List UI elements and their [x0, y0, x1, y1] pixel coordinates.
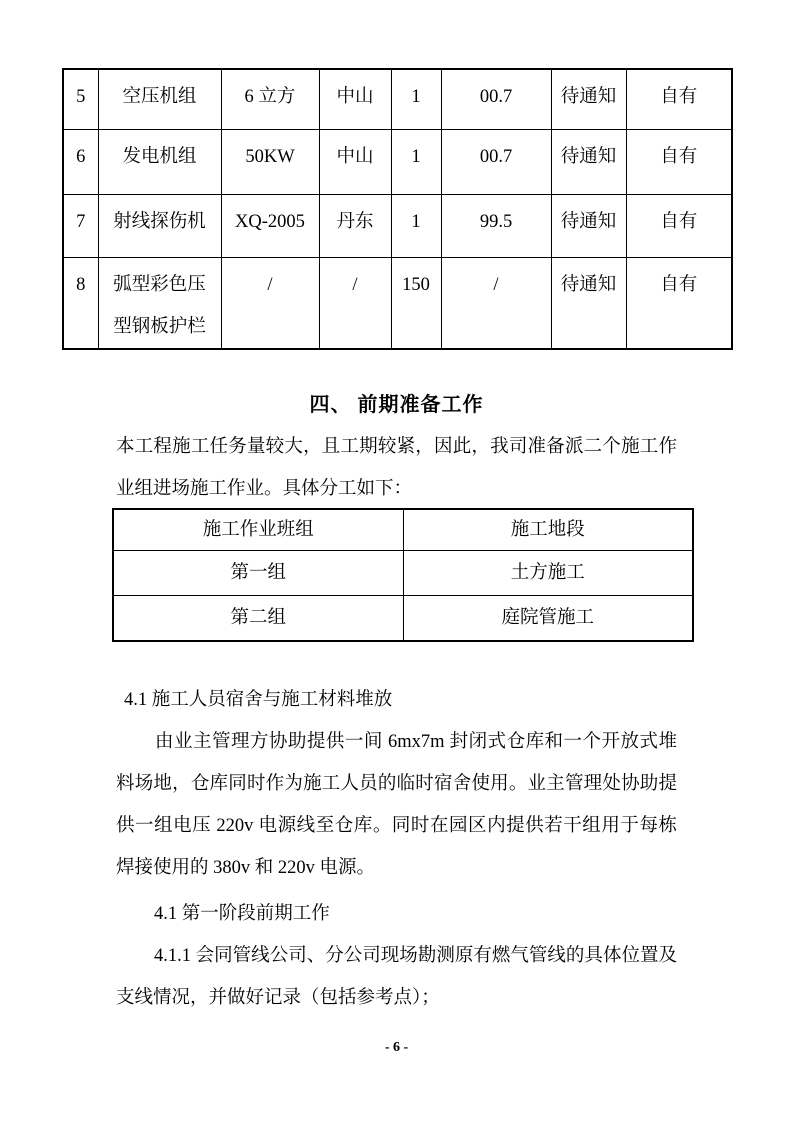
- equipment-name-cell: 发电机组: [98, 129, 221, 194]
- team-cell: 第二组: [113, 596, 403, 642]
- subsection-41-heading: 4.1 施工人员宿舍与施工材料堆放: [116, 679, 677, 721]
- table-row: 8 弧型彩色压型钢板护栏 / / 150 / 待通知 自有: [63, 257, 732, 349]
- equipment-name-cell: 弧型彩色压型钢板护栏: [98, 257, 221, 349]
- subsection-41-paragraph: 由业主管理方协助提供一间 6mx7m 封闭式仓库和一个开放式堆料场地，仓库同时作…: [116, 721, 677, 889]
- table-row: 6 发电机组 50KW 中山 1 00.7 待通知 自有: [63, 129, 732, 194]
- table-cell: 自有: [626, 129, 732, 194]
- table-cell: XQ-2005: [221, 194, 319, 257]
- teams-table: 施工作业班组 施工地段 第一组 土方施工 第二组 庭院管施工: [112, 508, 694, 642]
- item-411-paragraph: 4.1.1 会同管线公司、分公司现场勘测原有燃气管线的具体位置及支线情况，并做好…: [116, 935, 677, 1019]
- table-cell: 1: [391, 129, 441, 194]
- table-cell: 6 立方: [221, 69, 319, 129]
- equipment-table: 5 空压机组 6 立方 中山 1 00.7 待通知 自有 6 发电机组 50KW…: [62, 68, 733, 350]
- table-cell: /: [221, 257, 319, 349]
- table-cell: 待通知: [551, 194, 626, 257]
- table-cell: /: [441, 257, 551, 349]
- table-row: 5 空压机组 6 立方 中山 1 00.7 待通知 自有: [63, 69, 732, 129]
- table-cell: 自有: [626, 194, 732, 257]
- table-cell: 丹东: [319, 194, 391, 257]
- table-cell: 中山: [319, 69, 391, 129]
- table-cell: /: [319, 257, 391, 349]
- section-heading: 四、 前期准备工作: [0, 384, 793, 426]
- table-row: 第一组 土方施工: [113, 551, 693, 596]
- document-page: 5 空压机组 6 立方 中山 1 00.7 待通知 自有 6 发电机组 50KW…: [0, 0, 793, 1122]
- phase1-heading: 4.1 第一阶段前期工作: [116, 893, 677, 935]
- worksite-cell: 土方施工: [403, 551, 693, 596]
- equipment-name-cell: 空压机组: [98, 69, 221, 129]
- team-cell: 第一组: [113, 551, 403, 596]
- table-cell: 150: [391, 257, 441, 349]
- table-cell: 中山: [319, 129, 391, 194]
- table-cell: 待通知: [551, 129, 626, 194]
- table-cell: 00.7: [441, 129, 551, 194]
- table-cell: 00.7: [441, 69, 551, 129]
- table-header-row: 施工作业班组 施工地段: [113, 509, 693, 551]
- table-row: 7 射线探伤机 XQ-2005 丹东 1 99.5 待通知 自有: [63, 194, 732, 257]
- table-cell: 待通知: [551, 69, 626, 129]
- row-number-cell: 7: [63, 194, 98, 257]
- row-number-cell: 5: [63, 69, 98, 129]
- table-cell: 99.5: [441, 194, 551, 257]
- table-cell: 自有: [626, 69, 732, 129]
- column-header: 施工作业班组: [113, 509, 403, 551]
- intro-paragraph: 本工程施工任务量较大，且工期较紧，因此，我司准备派二个施工作业组进场施工作业。具…: [116, 426, 677, 510]
- table-cell: 自有: [626, 257, 732, 349]
- page-number: - 6 -: [0, 1040, 793, 1056]
- table-row: 第二组 庭院管施工: [113, 596, 693, 642]
- row-number-cell: 6: [63, 129, 98, 194]
- table-cell: 待通知: [551, 257, 626, 349]
- column-header: 施工地段: [403, 509, 693, 551]
- table-cell: 1: [391, 194, 441, 257]
- equipment-name-cell: 射线探伤机: [98, 194, 221, 257]
- worksite-cell: 庭院管施工: [403, 596, 693, 642]
- table-cell: 50KW: [221, 129, 319, 194]
- row-number-cell: 8: [63, 257, 98, 349]
- table-cell: 1: [391, 69, 441, 129]
